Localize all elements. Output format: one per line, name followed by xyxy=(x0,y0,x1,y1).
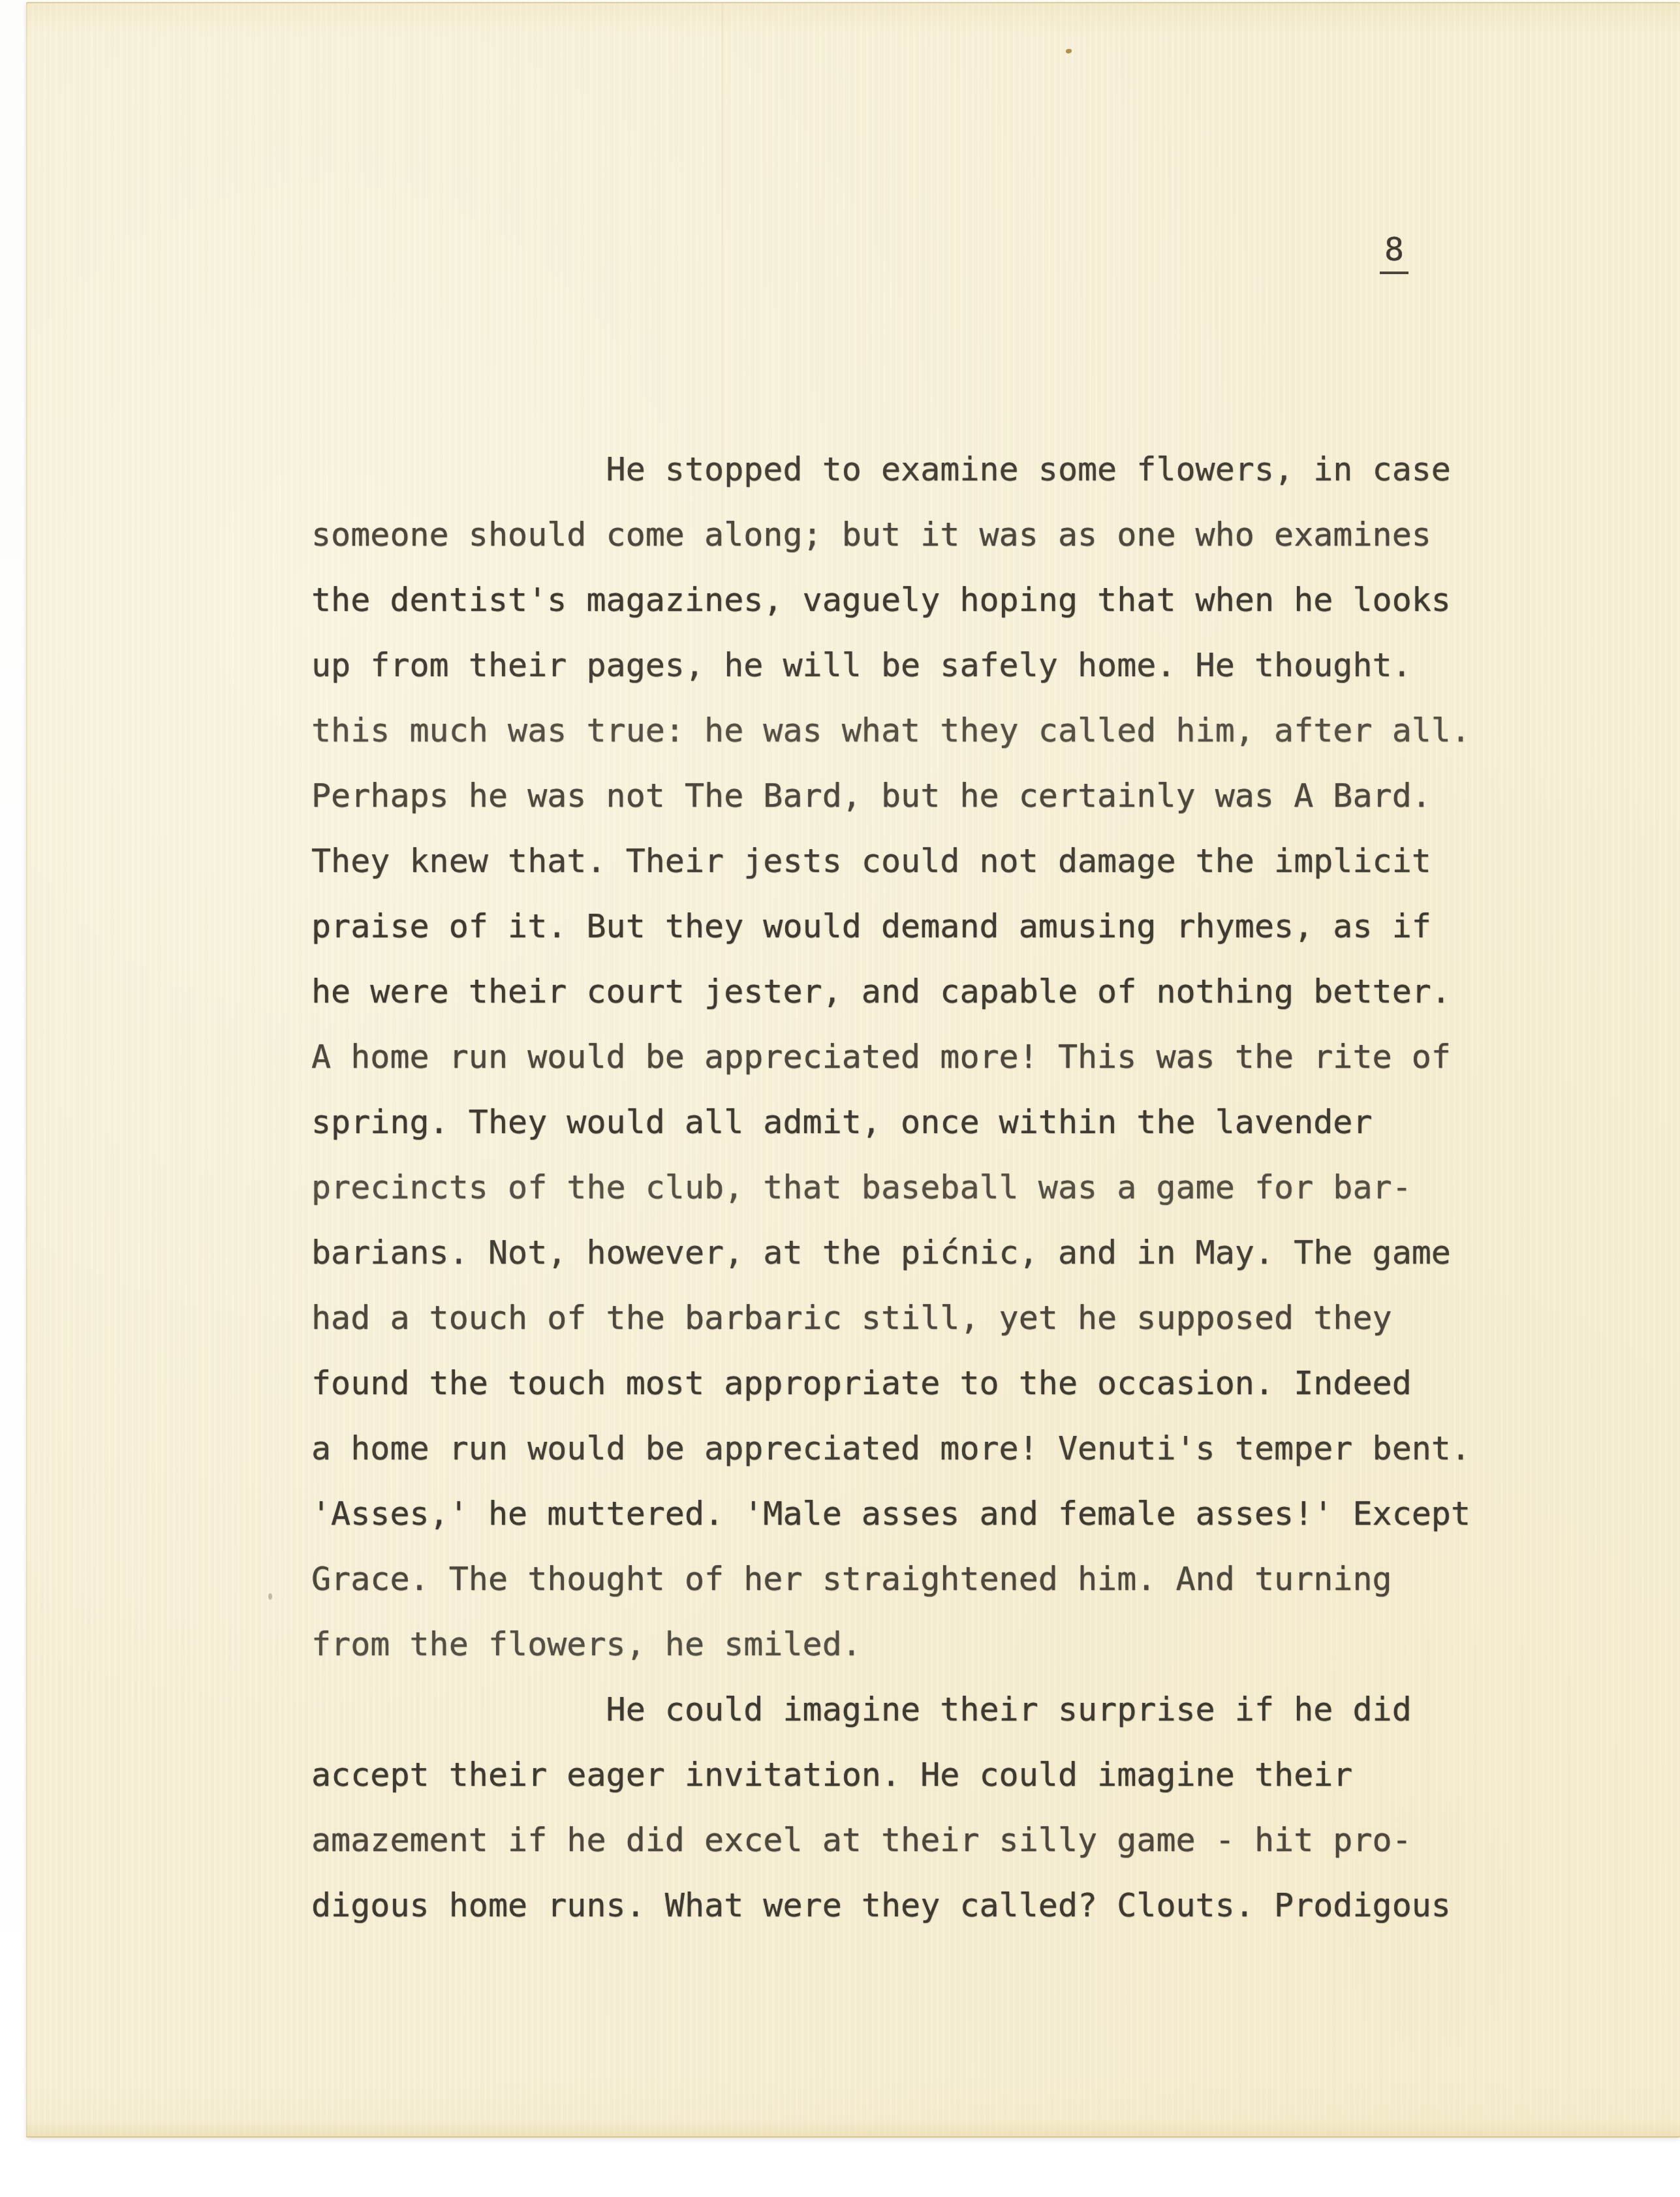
text-line: found the touch most appropriate to the … xyxy=(311,1350,1470,1416)
text-line: the dentist's magazines, vaguely hoping … xyxy=(311,567,1470,632)
text-line: spring. They would all admit, once withi… xyxy=(311,1089,1470,1155)
page-number: 8 xyxy=(1380,229,1408,274)
text-line: He could imagine their surprise if he di… xyxy=(311,1677,1470,1742)
text-line: barians. Not, however, at the pićnic, an… xyxy=(311,1220,1470,1285)
text-line: A home run would be appreciated more! Th… xyxy=(311,1024,1470,1089)
paper-speck xyxy=(1066,49,1072,54)
text-line: Grace. The thought of her straightened h… xyxy=(311,1546,1470,1612)
text-line: accept their eager invitation. He could … xyxy=(311,1742,1470,1807)
text-line: up from their pages, he will be safely h… xyxy=(311,632,1470,698)
text-line: precincts of the club, that baseball was… xyxy=(311,1155,1470,1220)
text-line: someone should come along; but it was as… xyxy=(311,502,1470,567)
text-line: from the flowers, he smiled. xyxy=(311,1612,1470,1677)
text-line: He stopped to examine some flowers, in c… xyxy=(311,437,1470,502)
text-line: he were their court jester, and capable … xyxy=(311,959,1470,1024)
paper-sheet: 8 He stopped to examine some flowers, in… xyxy=(26,2,1680,2138)
text-line: digous home runs. What were they called?… xyxy=(311,1873,1470,1938)
text-line: They knew that. Their jests could not da… xyxy=(311,828,1470,894)
text-line: had a touch of the barbaric still, yet h… xyxy=(311,1285,1470,1350)
text-line: amazement if he did excel at their silly… xyxy=(311,1807,1470,1873)
text-line: Perhaps he was not The Bard, but he cert… xyxy=(311,763,1470,828)
typed-text: He stopped to examine some flowers, in c… xyxy=(311,437,1470,1938)
text-line: praise of it. But they would demand amus… xyxy=(311,894,1470,959)
stray-ink-mark xyxy=(268,1593,272,1600)
text-line: 'Asses,' he muttered. 'Male asses and fe… xyxy=(311,1481,1470,1546)
text-line: a home run would be appreciated more! Ve… xyxy=(311,1416,1470,1481)
text-line: this much was true: he was what they cal… xyxy=(311,698,1470,763)
scan-background: 8 He stopped to examine some flowers, in… xyxy=(0,0,1680,2197)
